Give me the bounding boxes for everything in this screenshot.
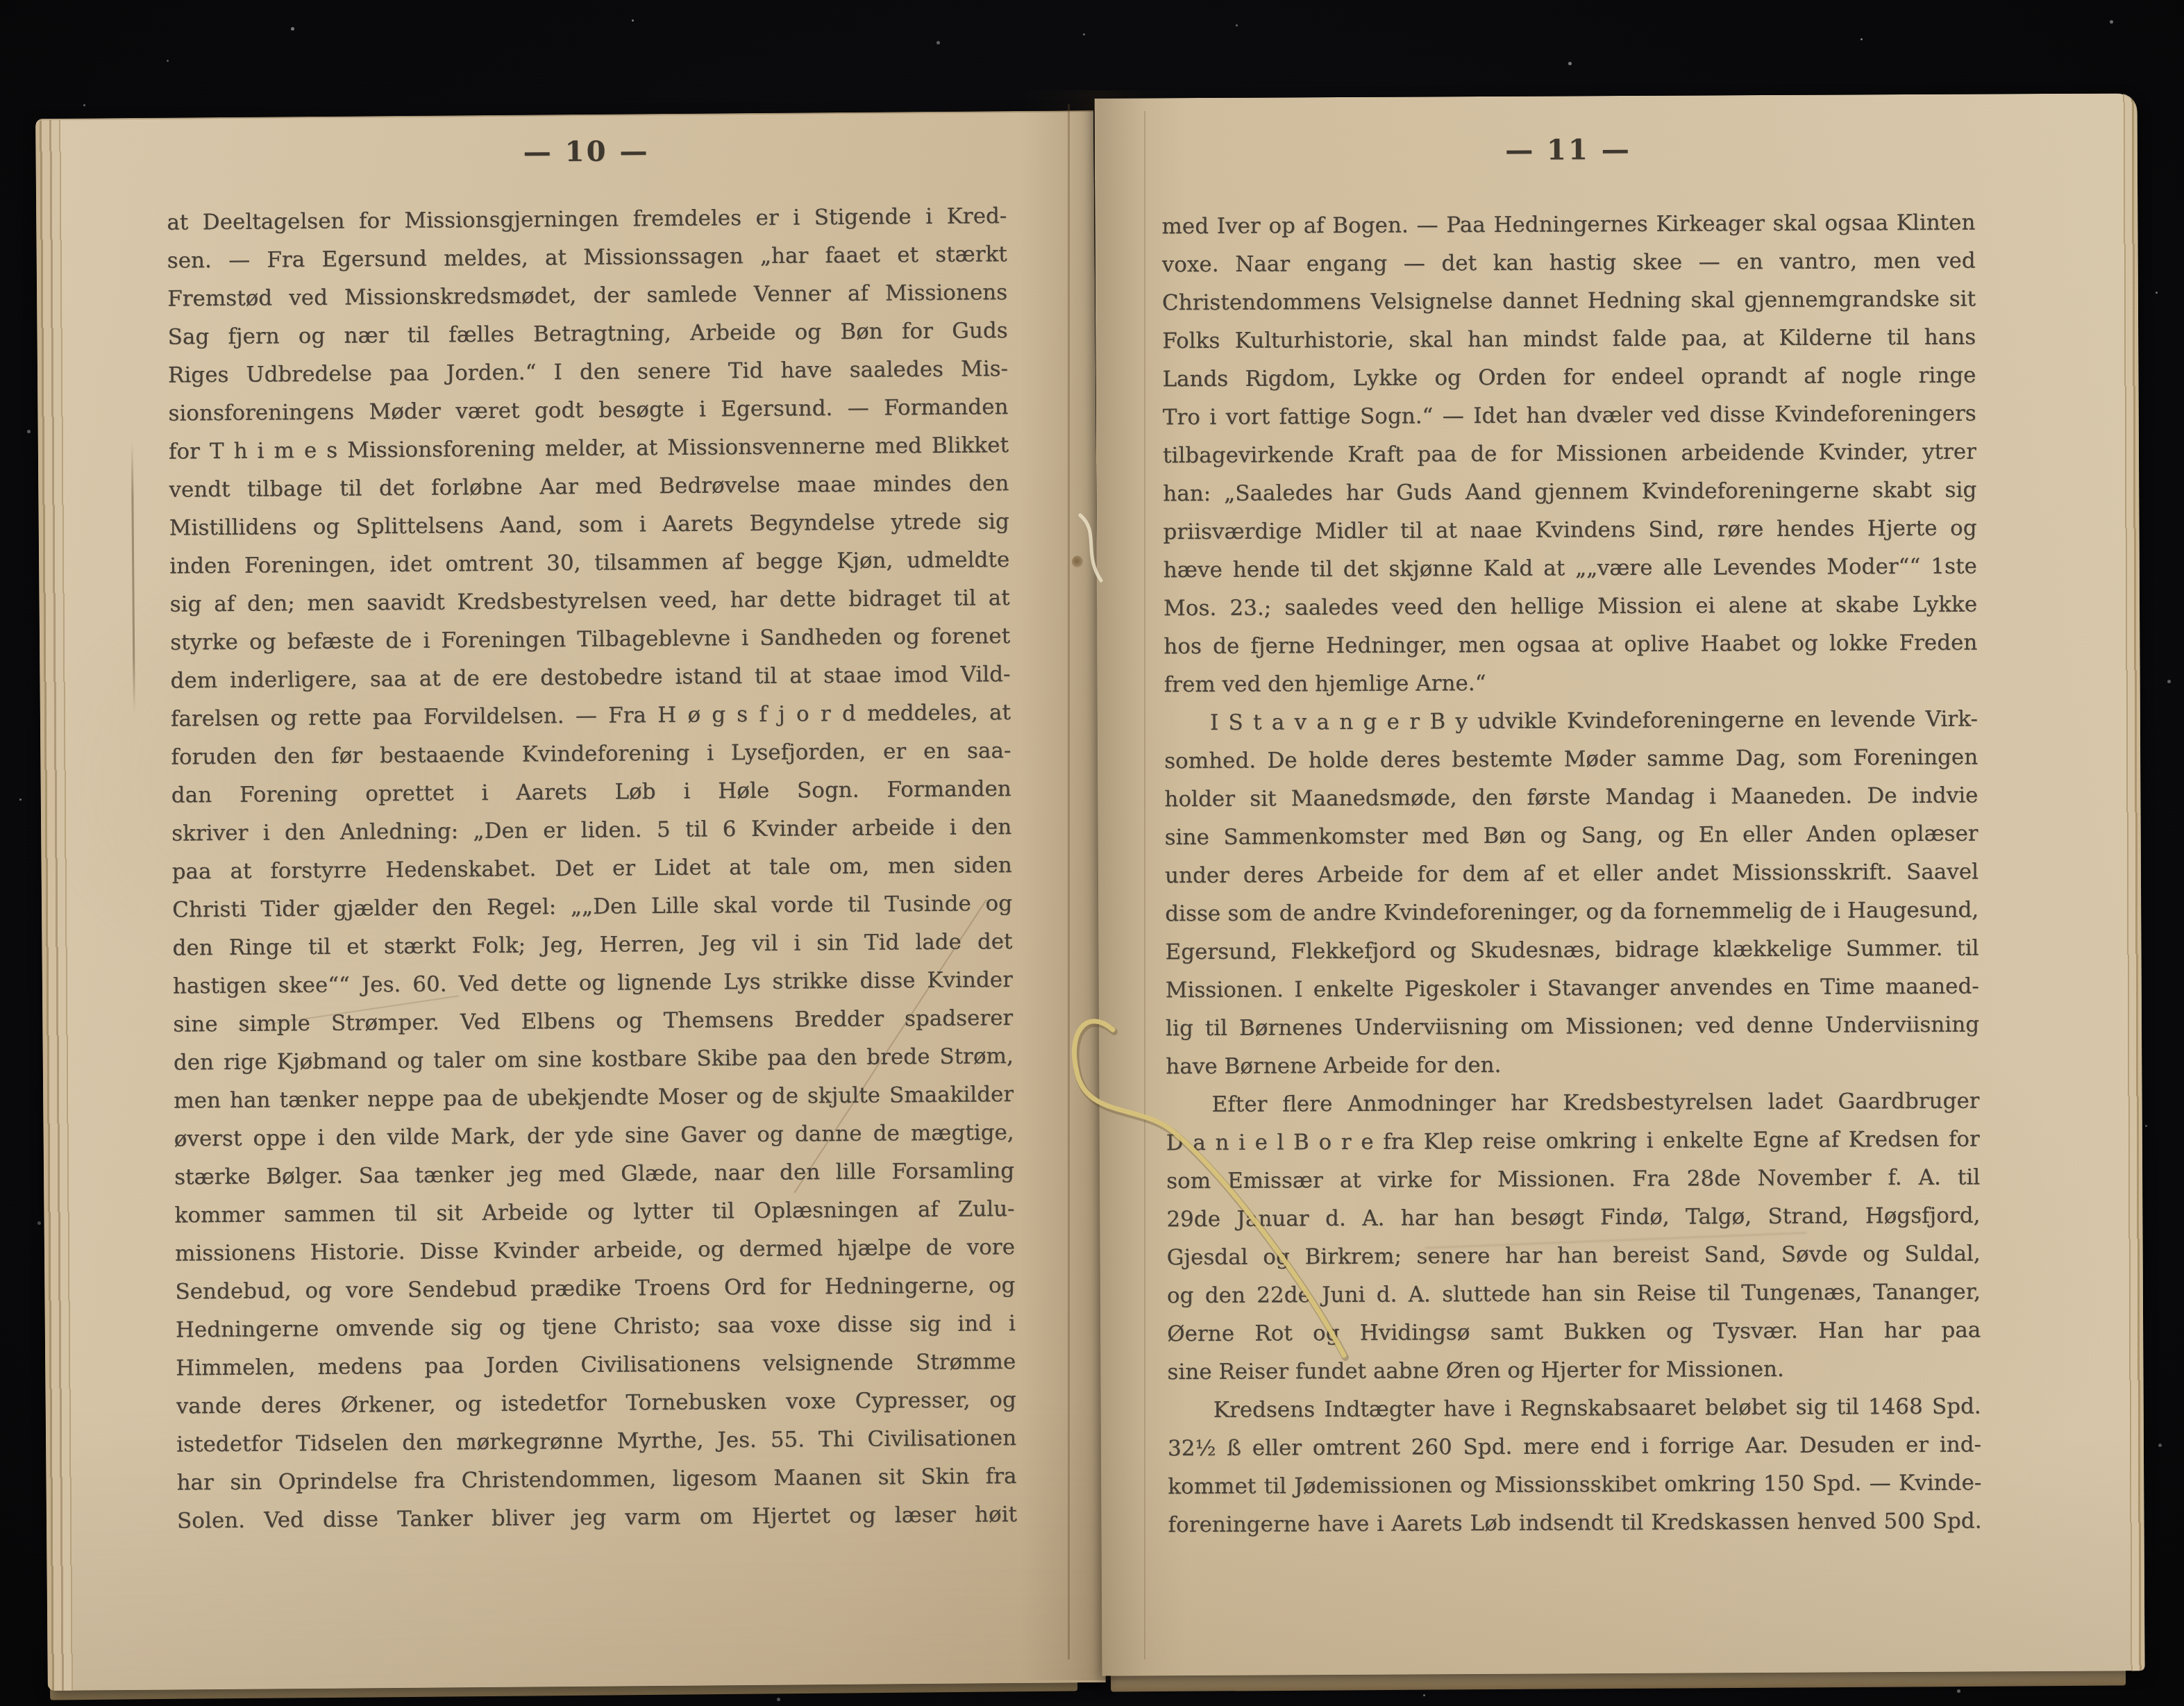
text-line: foruden den før bestaaende Kvindeforenin… xyxy=(171,732,1011,777)
text-line: sine simple Strømper. Ved Elbens og Them… xyxy=(173,999,1013,1044)
text-line: med Iver op af Bogen. — Paa Hedningernes… xyxy=(1161,203,1975,246)
text-line: han: „Saaledes har Guds Aand gjennem Kvi… xyxy=(1163,471,1976,513)
text-line: Mos. 23.; saaledes veed den hellige Miss… xyxy=(1164,585,1977,628)
text-line: Tro i vort fattige Sogn.“ — Idet han dvæ… xyxy=(1163,394,1976,437)
text-line: har sin Oprindelse fra Christendommen, l… xyxy=(176,1457,1016,1503)
text-line: Christi Tider gjælder den Regel: „„Den L… xyxy=(172,885,1012,930)
text-line: Egersund, Flekkefjord og Skudesnæs, bidr… xyxy=(1165,929,1979,971)
book-page-right: — 11 — med Iver op af Bogen. — Paa Hedni… xyxy=(1094,93,2144,1675)
text-line: Efter flere Anmodninger har Kredsbestyre… xyxy=(1166,1082,1979,1124)
book-scan-photo: — 10 — at Deeltagelsen for Missionsgjern… xyxy=(0,0,2184,1706)
text-line: inden Foreningen, idet omtrent 30, tilsa… xyxy=(169,541,1009,586)
text-line: Kredsens Indtægter have i Regnskabsaaret… xyxy=(1168,1387,1981,1430)
text-line: 29de Januar d. A. har han besøgt Findø, … xyxy=(1166,1196,1980,1239)
text-line: dem inderligere, saa at de ere destobedr… xyxy=(170,655,1010,701)
gutter-fold-line xyxy=(1144,111,1145,1659)
text-line: Mistillidens og Splittelsens Aand, som i… xyxy=(169,503,1009,548)
text-line: missionens Historie. Disse Kvinder arbei… xyxy=(175,1228,1015,1273)
text-line: kommet til Jødemissionen og Missionsskib… xyxy=(1168,1464,1981,1506)
text-line: lig til Børnenes Underviisning om Missio… xyxy=(1166,1005,1979,1048)
text-line: Sendebud, og vore Sendebud prædike Troen… xyxy=(175,1266,1015,1312)
text-line: Himmelen, medens paa Jorden Civilisation… xyxy=(176,1343,1016,1388)
page-text-right: med Iver op af Bogen. — Paa Hedningernes… xyxy=(1161,203,1981,1544)
text-line: kommer sammen til sit Arbeide og lytter … xyxy=(174,1190,1014,1235)
text-line: Øerne Rot og Hvidingsø samt Bukken og Ty… xyxy=(1167,1311,1981,1353)
text-line: Christendommens Velsignelse dannet Hedni… xyxy=(1162,280,1976,322)
gutter-fold-line xyxy=(1068,104,1070,1659)
text-line: Missionen. I enkelte Pigeskoler i Stavan… xyxy=(1166,967,1979,1010)
text-line: sionsforeningens Møder været godt besøgt… xyxy=(168,388,1008,433)
text-line: Riges Udbredelse paa Jorden.“ I den sene… xyxy=(168,350,1008,395)
text-line: 32½ ß eller omtrent 260 Spd. mere end i … xyxy=(1168,1425,1981,1468)
text-line: farelsen og rette paa Forvildelsen. — Fr… xyxy=(171,694,1011,739)
text-line: Fremstød ved Missionskredsmødet, der sam… xyxy=(167,274,1007,319)
text-line: og den 22de Juni d. A. sluttede han sin … xyxy=(1167,1273,1981,1315)
text-line: den Ringe til et stærkt Folk; Jeg, Herre… xyxy=(172,923,1012,968)
text-line: voxe. Naar engang — det kan hastig skee … xyxy=(1161,242,1975,284)
text-line: paa at forstyrre Hedenskabet. Det er Lid… xyxy=(171,846,1011,892)
text-line: istedetfor Tidselen den mørkegrønne Myrt… xyxy=(176,1419,1016,1464)
text-line: sig af den; men saavidt Kredsbestyrelsen… xyxy=(169,579,1009,624)
text-line: D a n i e l B o r e fra Klep reise omkri… xyxy=(1166,1120,1980,1162)
text-line: for T h i m e s Missionsforening melder,… xyxy=(169,426,1009,471)
text-line: vande deres Ørkener, og istedetfor Torne… xyxy=(176,1381,1016,1426)
text-line: have Børnene Arbeide for den. xyxy=(1166,1044,1979,1086)
crease-line xyxy=(131,442,135,713)
text-line: tilbagevirkende Kraft paa de for Mission… xyxy=(1163,433,1976,475)
text-line: holder sit Maanedsmøde, den første Manda… xyxy=(1164,776,1978,819)
text-line: Lands Rigdom, Lykke og Orden for endeel … xyxy=(1162,356,1976,399)
text-line: hos de fjerne Hedninger, men ogsaa at op… xyxy=(1164,624,1977,666)
text-line: disse som de andre Kvindeforeninger, og … xyxy=(1165,891,1979,933)
text-line: Solen. Ved disse Tanker bliver jeg varm … xyxy=(177,1496,1017,1541)
text-line: Gjesdal og Birkrem; senere har han berei… xyxy=(1166,1235,1980,1277)
text-line: styrke og befæste de i Foreningen Tilbag… xyxy=(170,617,1010,662)
text-line: dan Forening oprettet i Aarets Løb i Høl… xyxy=(171,770,1011,815)
text-line: Sag fjern og nær til fælles Betragtning,… xyxy=(167,312,1007,357)
text-line: hastigen skee““ Jes. 60. Ved dette og li… xyxy=(173,961,1013,1006)
text-line: somhed. De holde deres bestemte Møder sa… xyxy=(1164,738,1978,780)
text-line: stærke Bølger. Saa tænker jeg med Glæde,… xyxy=(174,1152,1014,1197)
page-number-header-right: — 11 — xyxy=(1161,131,1975,168)
text-line: sine Sammenkomster med Bøn og Sang, og E… xyxy=(1165,814,1979,857)
text-line: den rige Kjøbmand og taler om sine kostb… xyxy=(174,1037,1014,1082)
page-text-left: at Deeltagelsen for Missionsgjerningen f… xyxy=(167,197,1017,1540)
text-line: under deres Arbeide for dem af et eller … xyxy=(1165,853,1979,895)
text-line: priisværdige Midler til at naae Kvindens… xyxy=(1163,509,1976,551)
binding-stitch-hole xyxy=(1072,555,1083,568)
page-number-header-left: — 10 — xyxy=(166,132,1006,172)
text-line: men han tænker neppe paa de ubekjendte M… xyxy=(174,1076,1014,1121)
text-line: sen. — Fra Egersund meldes, at Missionss… xyxy=(167,235,1007,281)
page-edge-lines-left xyxy=(35,120,83,1691)
text-line: som Emissær at virke for Missionen. Fra … xyxy=(1166,1158,1980,1201)
text-line: hæve hende til det skjønne Kald at „„vær… xyxy=(1164,547,1977,589)
text-line: I S t a v a n g e r B y udvikle Kvindefo… xyxy=(1164,700,1978,742)
text-line: frem ved den hjemlige Arne.“ xyxy=(1164,662,1977,704)
book-page-left: — 10 — at Deeltagelsen for Missionsgjern… xyxy=(35,110,1106,1691)
text-line: øverst oppe i den vilde Mark, der yde si… xyxy=(174,1114,1014,1159)
text-line: vendt tilbage til det forløbne Aar med B… xyxy=(169,465,1009,510)
text-line: Folks Kulturhistorie, skal han mindst fa… xyxy=(1162,318,1976,360)
text-line: Hedningerne omvende sig og tjene Christo… xyxy=(176,1305,1016,1350)
text-line: foreningerne have i Aarets Løb indsendt … xyxy=(1168,1502,1981,1544)
text-line: at Deeltagelsen for Missionsgjerningen f… xyxy=(167,197,1007,242)
text-line: sine Reiser fundet aabne Øren og Hjerter… xyxy=(1167,1349,1981,1391)
page-edge-lines-right xyxy=(2119,93,2144,1671)
text-line: skriver i den Anledning: „Den er liden. … xyxy=(171,808,1011,853)
